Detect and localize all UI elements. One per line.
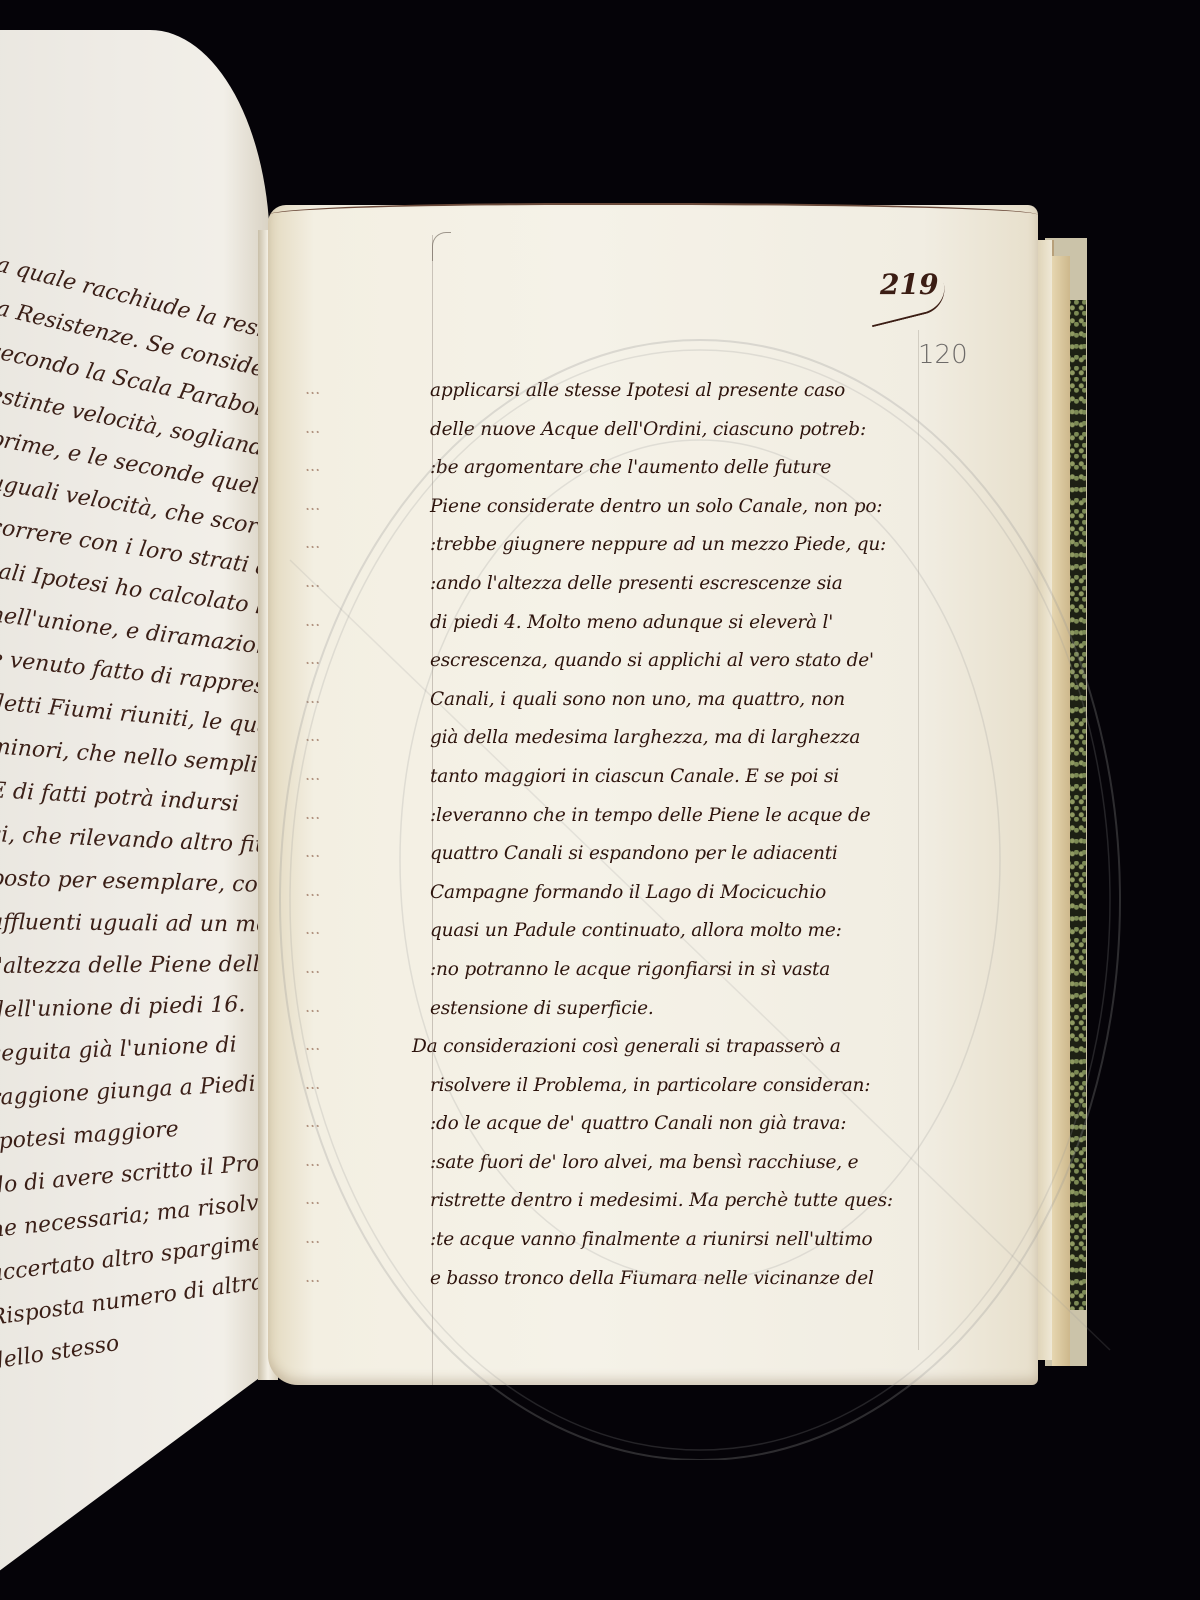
manuscript-line: Campagne formando il Lago di Mocicuchio bbox=[430, 874, 930, 913]
bleed-through-line: ... bbox=[305, 409, 435, 448]
left-page-text: la quale racchiude la resi:la Resistenze… bbox=[0, 250, 270, 1450]
bleed-through-line: ... bbox=[305, 679, 435, 718]
manuscript-line: quattro Canali si espandono per le adiac… bbox=[430, 835, 930, 874]
bleed-through-line: ... bbox=[305, 563, 435, 602]
manuscript-line: :do le acque de' quattro Canali non già … bbox=[430, 1105, 930, 1144]
left-page-line: raggione giunga a Piedi 18. bbox=[0, 1069, 270, 1111]
bleed-through-line: ... bbox=[305, 872, 435, 911]
bleed-through-line: ... bbox=[305, 1142, 435, 1181]
bleed-through-line: ... bbox=[305, 756, 435, 795]
manuscript-line: :no potranno le acque rigonfiarsi in sì … bbox=[430, 951, 930, 990]
manuscript-line: già della medesima larghezza, ma di larg… bbox=[430, 719, 930, 758]
manuscript-line: Da considerazioni così generali si trapa… bbox=[412, 1028, 930, 1067]
left-page-line: si, che rilevando altro fiume bbox=[0, 822, 270, 860]
left-page-line: affluenti uguali ad un mezzo bbox=[0, 910, 270, 938]
manuscript-line: tanto maggiori in ciascun Canale. E se p… bbox=[430, 758, 930, 797]
left-page-line: do di avere scritto il Problema bbox=[0, 1145, 270, 1199]
bleed-through-line: ... bbox=[305, 910, 435, 949]
page-fore-edge-inner bbox=[1052, 256, 1070, 1366]
manuscript-line: :trebbe giugnere neppure ad un mezzo Pie… bbox=[430, 526, 930, 565]
manuscript-line: escrescenza, quando si applichi al vero … bbox=[430, 642, 930, 681]
manuscript-line: delle nuove Acque dell'Ordini, ciascuno … bbox=[430, 411, 930, 450]
manuscript-line: e basso tronco della Fiumara nelle vicin… bbox=[430, 1260, 930, 1299]
left-page-line: E di fatti potrà indursi bbox=[0, 778, 240, 817]
manuscript-line: risolvere il Problema, in particolare co… bbox=[430, 1067, 930, 1106]
left-page-line: Ipotesi maggiore bbox=[0, 1117, 180, 1155]
manuscript-line: estensione di superficie. bbox=[430, 990, 930, 1029]
manuscript-line: ristrette dentro i medesimi. Ma perchè t… bbox=[430, 1182, 930, 1221]
manuscript-body: applicarsi alle stesse Ipotesi al presen… bbox=[430, 372, 930, 1298]
manuscript-line: quasi un Padule continuato, allora molto… bbox=[430, 912, 930, 951]
manuscript-line: :be argomentare che l'aumento delle futu… bbox=[430, 449, 930, 488]
bleed-through-line: ... bbox=[305, 1258, 435, 1297]
manuscript-line: :sate fuori de' loro alvei, ma bensì rac… bbox=[430, 1144, 930, 1183]
bleed-through-line: ... bbox=[305, 447, 435, 486]
manuscript-photo: la quale racchiude la resi:la Resistenze… bbox=[0, 0, 1200, 1600]
deckle-edge bbox=[268, 203, 1038, 215]
bleed-through-line: ... bbox=[305, 486, 435, 525]
bleed-through-line: ... bbox=[305, 524, 435, 563]
left-page-line: minori, che nello semplice bbox=[0, 734, 270, 780]
bleed-through-line: ... bbox=[305, 795, 435, 834]
manuscript-line: :ando l'altezza delle presenti escrescen… bbox=[430, 565, 930, 604]
bleed-through-line: ... bbox=[305, 717, 435, 756]
bleed-through-line: ... bbox=[305, 1103, 435, 1142]
manuscript-line: di piedi 4. Molto meno adunque si elever… bbox=[430, 604, 930, 643]
bleed-through-line: ... bbox=[305, 1065, 435, 1104]
pencil-folio-number: 120 bbox=[918, 340, 968, 370]
manuscript-line: :leveranno che in tempo delle Piene le a… bbox=[430, 797, 930, 836]
left-page-line: posto per esemplare, con bbox=[0, 866, 270, 898]
left-page-line: seguita già l'unione di bbox=[0, 1033, 237, 1067]
manuscript-line: Canali, i quali sono non uno, ma quattro… bbox=[430, 681, 930, 720]
pencil-margin-hook bbox=[432, 232, 451, 261]
manuscript-line: applicarsi alle stesse Ipotesi al presen… bbox=[430, 372, 930, 411]
manuscript-line: :te acque vanno finalmente a riunirsi ne… bbox=[430, 1221, 930, 1260]
bleed-through-line: ... bbox=[305, 370, 435, 409]
bleed-through-line: ... bbox=[305, 1180, 435, 1219]
manuscript-line: Piene considerate dentro un solo Canale,… bbox=[430, 488, 930, 527]
bleed-through-text: ........................................… bbox=[305, 370, 435, 1296]
bleed-through-line: ... bbox=[305, 833, 435, 872]
left-page-line: dell'unione di piedi 16. bbox=[0, 992, 246, 1023]
bleed-through-line: ... bbox=[305, 1219, 435, 1258]
left-page-line: detti Fiumi riuniti, le qua bbox=[0, 690, 270, 739]
bleed-through-line: ... bbox=[305, 640, 435, 679]
bleed-through-line: ... bbox=[305, 949, 435, 988]
left-page-line: l'altezza delle Piene dello bbox=[0, 952, 270, 979]
left-page-line: dello stesso bbox=[0, 1331, 121, 1375]
bleed-through-line: ... bbox=[305, 988, 435, 1027]
bleed-through-line: ... bbox=[305, 602, 435, 641]
